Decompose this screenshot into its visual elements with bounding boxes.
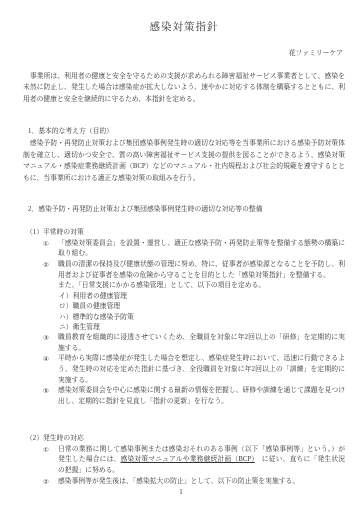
section-countermeasure-setup: 2．感染予防・再発防止対策および集団感染事例発生時の適切な対応等の整備 （1）平…: [23, 204, 345, 487]
intro-paragraph: 事業所は、利用者の健康と安全を守るための支援が求められる障害福祉サービス事業者と…: [23, 71, 345, 105]
list-item: ③ 職員教育を組織的に浸透させていくため、全職員を対象に年2回以上の「研修」を定…: [43, 333, 345, 354]
sub-item: ロ）職員の健康管理: [59, 302, 345, 312]
list-item: ① 「感染対策委員会」を設置・運営し、適正な感染予防・再発防止策等を整備する態勢…: [43, 239, 345, 260]
item-marker: ⑤: [43, 386, 56, 407]
section1-body: 感染予防・再発防止対策および集団感染事例発生時の適切な対応等を当事業所における感…: [23, 138, 345, 184]
section1-heading: 1．基本的な考え方（目的）: [28, 126, 345, 137]
sub-item-list: イ）利用者の健康管理 ロ）職員の健康管理 ハ）標準的な感染予防策 ニ）衛生管理: [59, 292, 345, 333]
item-text: 「感染対策委員会」を設置・運営し、適正な感染予防・再発防止策等を整備する態勢の構…: [58, 239, 345, 260]
item-text: 感染対策委員会を中心に感染に関する最新の情報を把握し、研修や訓練を通じて課題を見…: [58, 386, 345, 407]
page-number: 1: [0, 488, 362, 496]
section-basic-policy: 1．基本的な考え方（目的） 感染予防・再発防止対策および集団感染事例発生時の適切…: [23, 126, 345, 184]
normal-times-item-list: ① 「感染対策委員会」を設置・運営し、適正な感染予防・再発防止策等を整備する態勢…: [43, 239, 345, 407]
sub-item: ニ）衛生管理: [59, 323, 345, 333]
item-marker: ①: [43, 445, 56, 477]
item-text: 日常の業務に関して感染事例または感染おそれのある事例（以下「感染事例等」という。…: [58, 445, 345, 477]
item-text-main: 職員の清潔の保持及び健康状態の管理に努め、特に、従事者が感染源となることを予防し…: [58, 261, 345, 279]
sub-item: ハ）標準的な感染予防策: [59, 313, 345, 323]
item-marker: ④: [43, 354, 56, 386]
list-item: ④ 平時から実際に感染症が発生した場合を想定し、感染症発生時において、迅速に行動…: [43, 354, 345, 386]
item-marker: ①: [43, 239, 56, 260]
subsection-normal-times: （1）平常時の対策 ① 「感染対策委員会」を設置・運営し、適正な感染予防・再発防…: [23, 227, 345, 407]
list-item: ② 感染事例等が発生後は、「感染拡大の防止」として、以下の防止策を実施する。: [43, 477, 345, 488]
item-marker: ②: [43, 477, 56, 488]
section2-heading: 2．感染予防・再発防止対策および集団感染事例発生時の適切な対応等の整備: [28, 204, 345, 215]
item-text: 職員教育を組織的に浸透させていくため、全職員を対象に年2回以上の「研修」を定期的…: [58, 333, 345, 354]
item-note: また、「日常支援にかかる感染管理」として、以下の項目を定める。: [58, 281, 345, 292]
document-page: 感染対策指針 花ファミリーケア 事業所は、利用者の健康と安全を守るための支援が求…: [0, 0, 362, 512]
item-marker: ②: [43, 260, 56, 292]
sub-item: イ）利用者の健康管理: [59, 292, 345, 302]
underlined-manual-reference: 感染対策マニュアルや業務継続計画（BCP）: [121, 456, 255, 463]
organization-name: 花ファミリーケア: [23, 49, 343, 59]
item-text: 職員の清潔の保持及び健康状態の管理に努め、特に、従事者が感染源となることを予防し…: [58, 260, 345, 292]
outbreak-item-list: ① 日常の業務に関して感染事例または感染おそれのある事例（以下「感染事例等」とい…: [43, 445, 345, 487]
subsection-normal-times-heading: （1）平常時の対策: [26, 227, 345, 238]
list-item: ① 日常の業務に関して感染事例または感染おそれのある事例（以下「感染事例等」とい…: [43, 445, 345, 477]
item-text: 平時から実際に感染症が発生した場合を想定し、感染症発生時において、迅速に行動でき…: [58, 354, 345, 386]
list-item: ⑤ 感染対策委員会を中心に感染に関する最新の情報を把握し、研修や訓練を通じて課題…: [43, 386, 345, 407]
subsection-outbreak-heading: （2）発生時の対応: [26, 433, 345, 444]
item-marker: ③: [43, 333, 56, 354]
list-item: ② 職員の清潔の保持及び健康状態の管理に努め、特に、従事者が感染源となることを予…: [43, 260, 345, 292]
subsection-outbreak-response: （2）発生時の対応 ① 日常の業務に関して感染事例または感染おそれのある事例（以…: [23, 433, 345, 487]
document-title: 感染対策指針: [23, 21, 345, 35]
item-text: 感染事例等が発生後は、「感染拡大の防止」として、以下の防止策を実施する。: [58, 477, 345, 488]
